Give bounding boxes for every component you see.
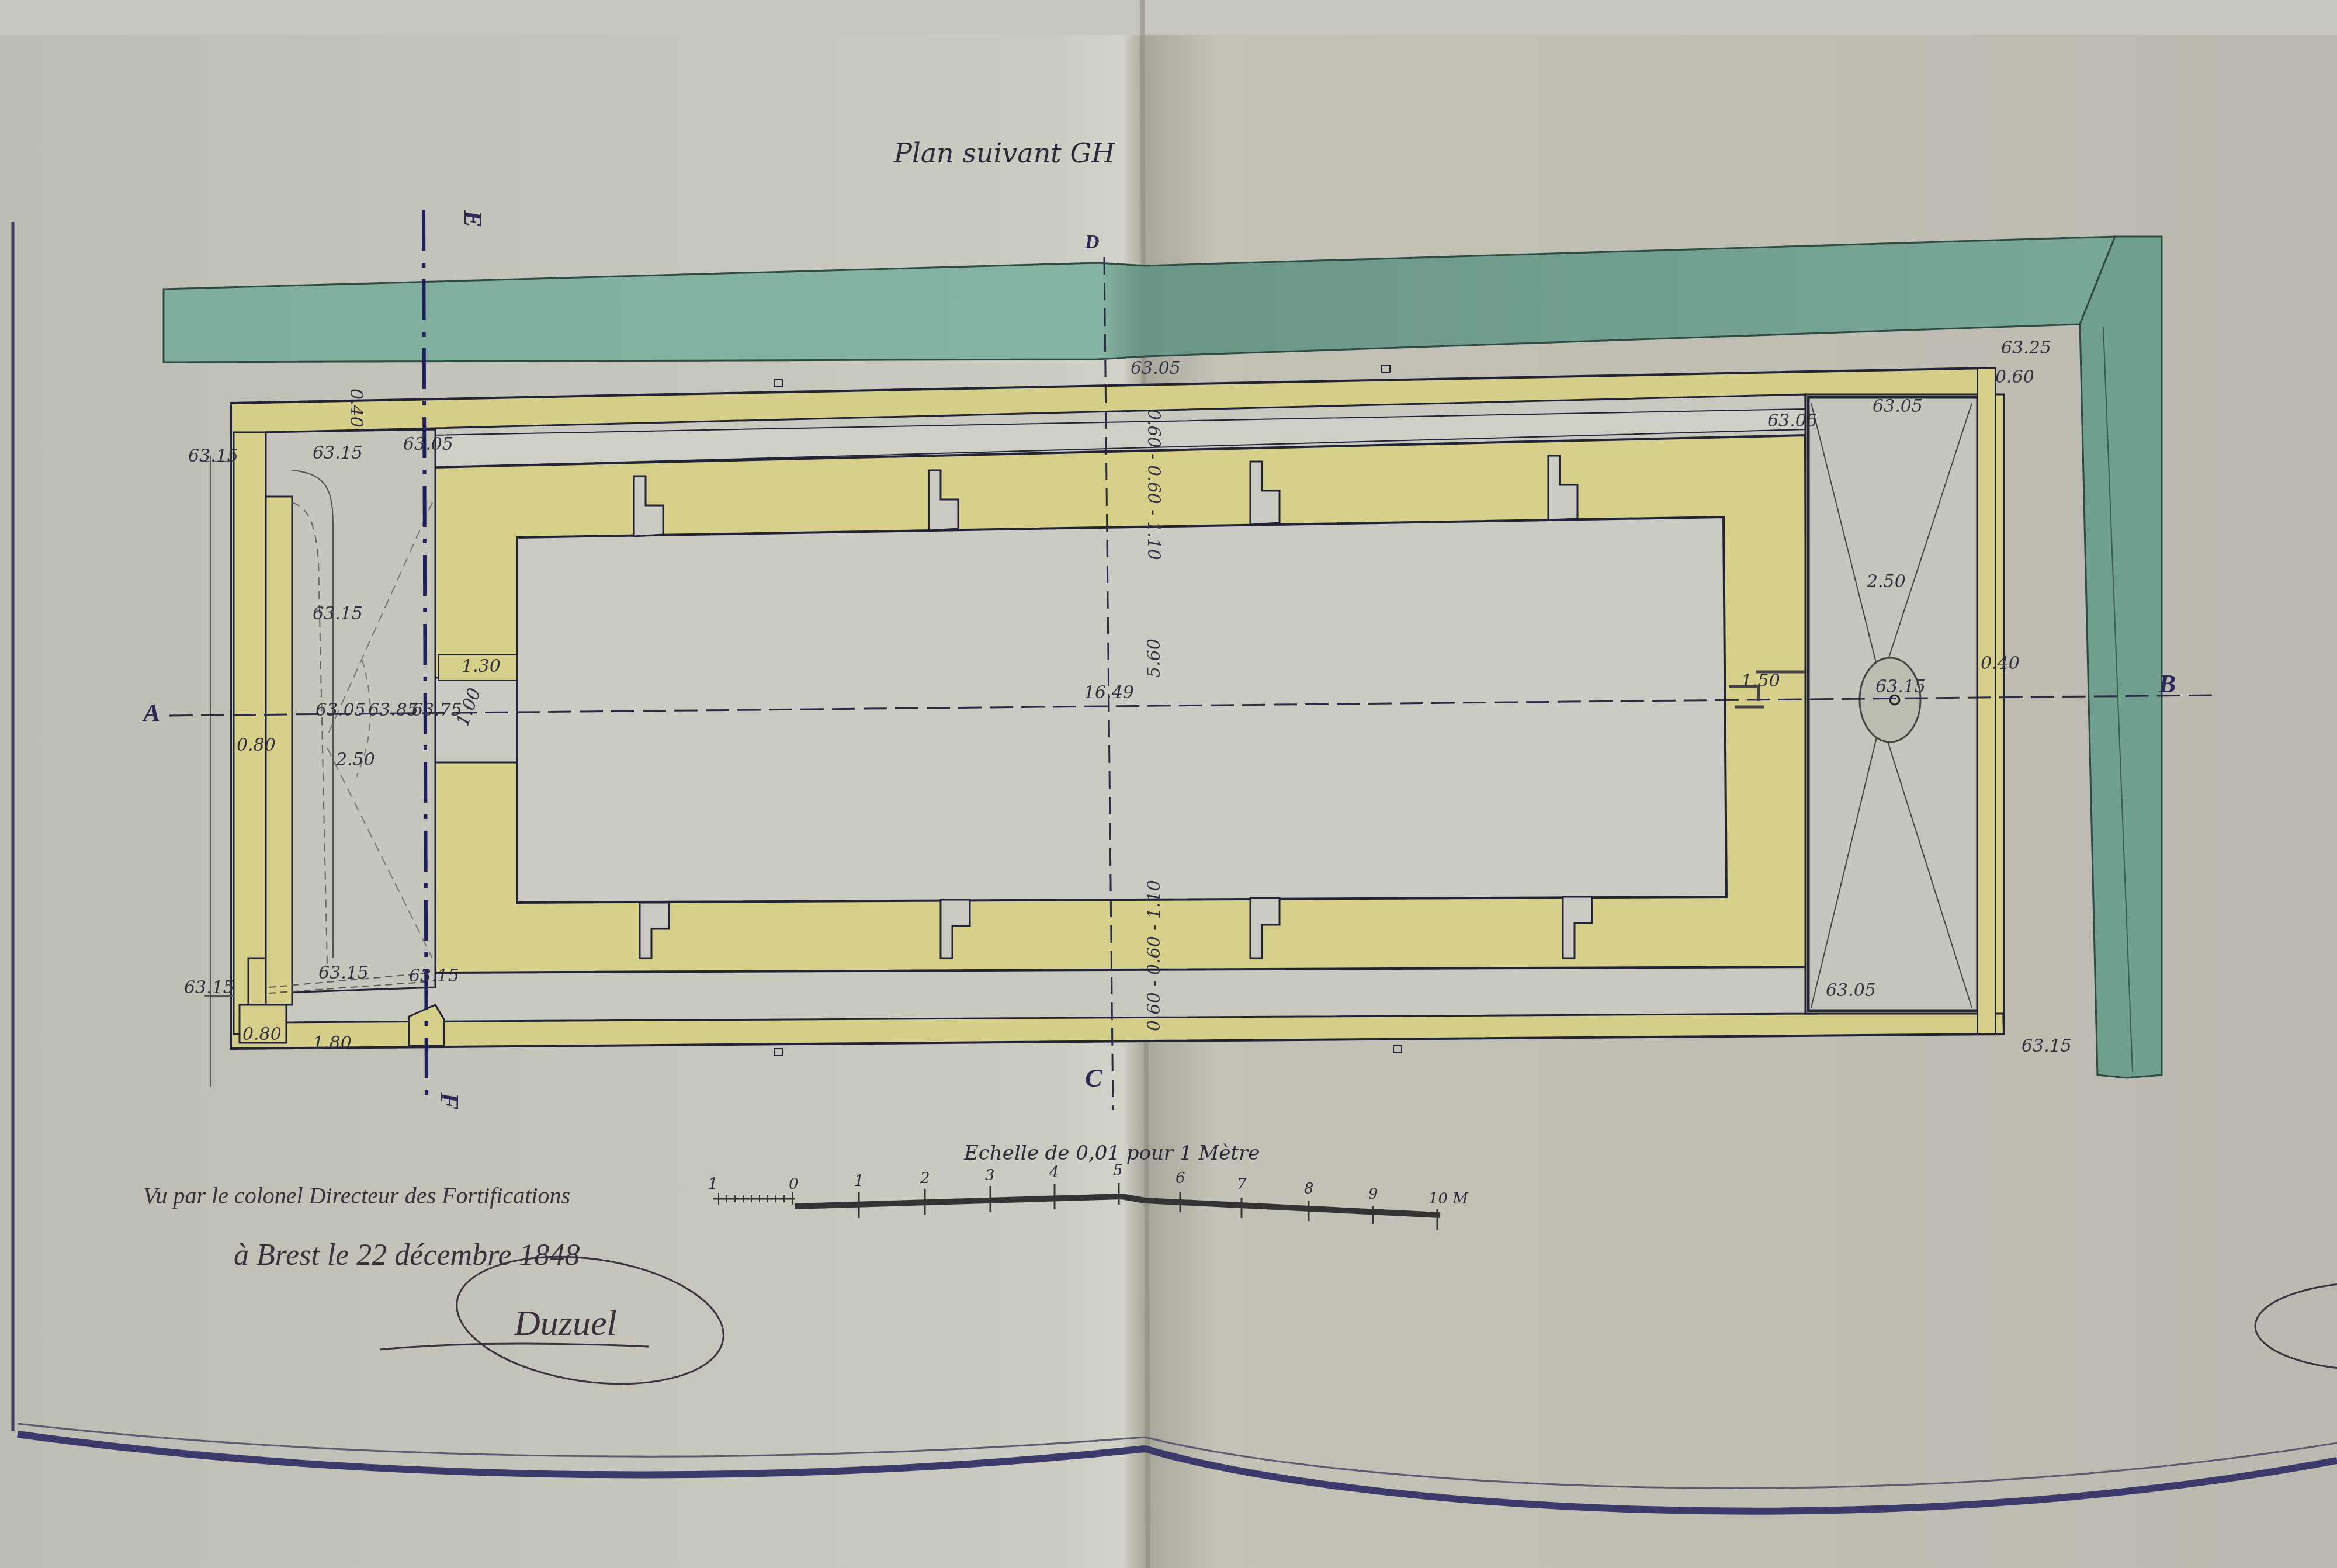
- dim-axis-elev-2: 63.85: [368, 700, 418, 720]
- dim-bottom-left-elev: 63.15: [184, 977, 234, 998]
- approval-line-1: Vu par le colonel Directeur des Fortific…: [143, 1182, 570, 1209]
- dim-central-length: 16.49: [1084, 682, 1134, 703]
- plan-title: Plan suivant GH: [893, 137, 1115, 169]
- dim-passage-width: 2.50: [335, 750, 375, 770]
- scale-tick-1: 0: [789, 1175, 799, 1193]
- dim-right-wall: 0.40: [1981, 653, 2020, 674]
- scale-tick-11: 10 M: [1428, 1190, 1469, 1208]
- section-label-d: D: [1084, 231, 1100, 253]
- main-room: [517, 517, 1726, 903]
- scale-tick-6: 5: [1113, 1162, 1123, 1180]
- dim-right-room-side: 63.05: [1767, 411, 1818, 431]
- dim-left-wall-thickness: 0.80: [237, 735, 276, 755]
- dim-top-elev-center: 63.05: [1131, 358, 1181, 379]
- dim-left-corner-elev: 63.15: [188, 446, 238, 466]
- dim-right-room-top: 63.05: [1873, 396, 1923, 417]
- dim-right-room-width: 2.50: [1866, 571, 1906, 592]
- scale-tick-8: 7: [1237, 1175, 1247, 1193]
- section-label-b: B: [2158, 669, 2176, 698]
- dim-right-top-elev: 63.25: [2001, 338, 2051, 358]
- section-label-a: A: [141, 699, 160, 727]
- dim-left-gate-elev: 63.05: [403, 434, 453, 455]
- approval-line-2: à Brest le 22 décembre 1848: [234, 1239, 580, 1272]
- dim-bottom-gate-elev: 63.15: [409, 966, 459, 986]
- dim-left-inner-elev: 63.15: [313, 443, 363, 463]
- scale-tick-7: 6: [1176, 1170, 1185, 1187]
- dim-right-room-cistern: 63.15: [1875, 677, 1926, 697]
- dim-bottom-passage: 1.80: [313, 1033, 352, 1053]
- scale-tick-9: 8: [1304, 1180, 1314, 1198]
- paper-top-edge: [0, 0, 2337, 35]
- section-label-f: F: [435, 1092, 464, 1109]
- dim-central-width: 5.60: [1144, 639, 1164, 678]
- dim-bottom-wall-dims: 0.60 - 0.60 - 1.10: [1144, 880, 1164, 1031]
- scale-tick-2: 1: [854, 1172, 864, 1190]
- scale-tick-3: 2: [920, 1170, 930, 1187]
- dim-left-stair-elev: 63.15: [313, 603, 363, 624]
- dim-door-width: 1.30: [462, 656, 501, 677]
- signature: Duzuel: [514, 1303, 617, 1343]
- scale-tick-5: 4: [1049, 1164, 1059, 1181]
- dim-right-bottom-elev: 63.15: [2022, 1036, 2072, 1056]
- dim-top-wall-dims: 0.60 - 0.60 - 1.10: [1143, 409, 1164, 560]
- dim-bottom-left-wall: 0.80: [242, 1024, 282, 1045]
- dim-left-top-wall: 0.40: [346, 388, 366, 428]
- scale-tick-10: 9: [1368, 1185, 1378, 1203]
- dim-bottom-left-corner: 63.15: [318, 963, 369, 983]
- scale-title: Echelle de 0,01 pour 1 Mètre: [963, 1142, 1260, 1165]
- fortification-plan-sheet: Plan suivant GH: [0, 0, 2337, 1568]
- left-entrance-wall: [234, 432, 266, 1034]
- dim-right-top-wall: 0.60: [1995, 367, 2034, 387]
- scale-tick-0: 1: [708, 1175, 718, 1193]
- section-label-e: E: [459, 210, 487, 227]
- dim-axis-elev-1: 63.05: [315, 700, 366, 720]
- dim-right-room-bottom: 63.05: [1826, 980, 1876, 1001]
- dim-right-step: 1.50: [1741, 671, 1780, 691]
- section-label-c: C: [1085, 1064, 1102, 1092]
- right-outer-strip: [1978, 368, 1995, 1034]
- scale-tick-4: 3: [985, 1167, 995, 1184]
